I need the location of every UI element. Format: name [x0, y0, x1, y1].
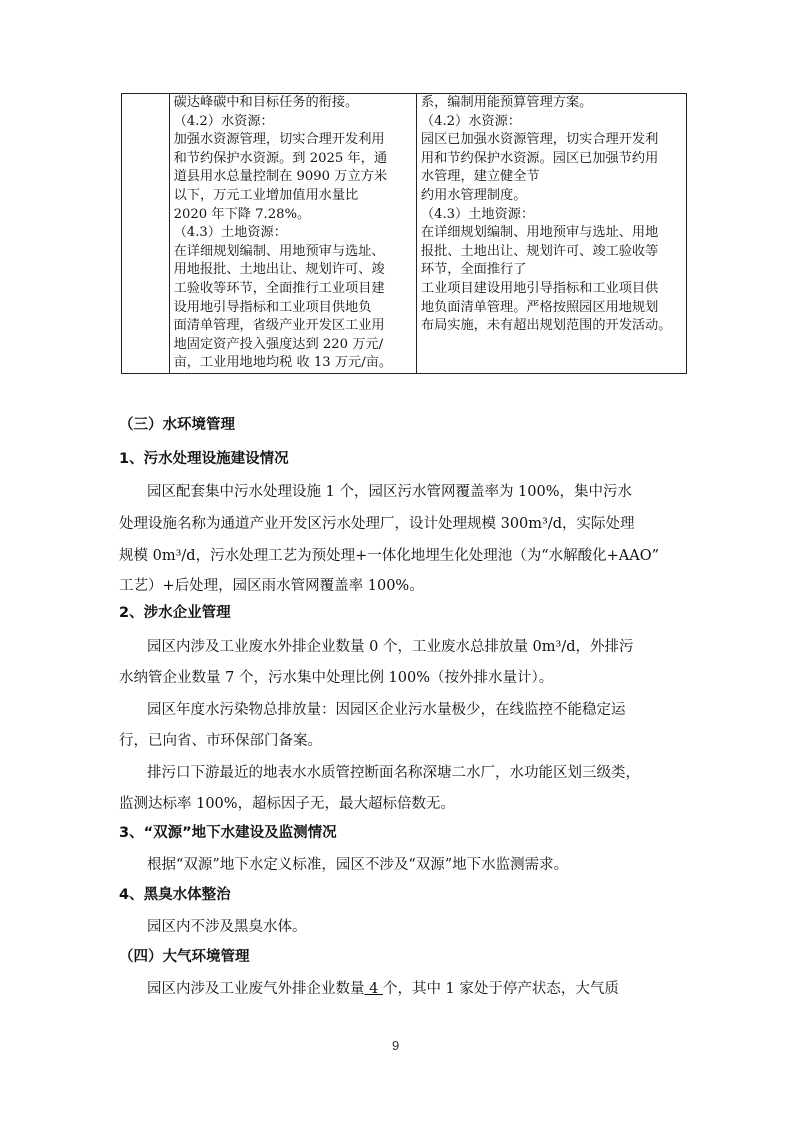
comparison-table: 碳达峰碳中和目标任务的衔接。 （4.2）水资源： 加强水资源管理，切实合理开发利…: [121, 93, 687, 374]
subsection-heading-water-enterprises: 2、涉水企业管理: [119, 603, 231, 623]
table-cell-status: 系，编制用能预算管理方案。 （4.2）水资源： 园区已加强水资源管理，切实合理开…: [416, 94, 686, 374]
document-page: 碳达峰碳中和目标任务的衔接。 （4.2）水资源： 加强水资源管理，切实合理开发利…: [0, 0, 793, 1122]
subsection-heading-sewage: 1、污水处理设施建设情况: [119, 449, 289, 469]
cell-line: 环节，全面推行了: [421, 261, 682, 280]
paragraph-line: 规模 0m³/d，污水处理工艺为预处理+一体化地埋生化处理池（为“水解酸化+AA…: [119, 546, 659, 566]
text-segment: 园区内涉及工业废气外排企业数量: [147, 981, 365, 997]
paragraph-line: 园区配套集中污水处理设施 1 个，园区污水管网覆盖率为 100%，集中污水: [147, 482, 632, 502]
section-heading-air: （四）大气环境管理: [119, 947, 250, 967]
section-heading-water: （三）水环境管理: [119, 415, 235, 435]
cell-line: 亩，工业用地地均税 收 13 万元/亩。: [174, 354, 412, 373]
cell-line: 工验收等环节，全面推行工业项目建: [174, 280, 412, 299]
cell-line: 加强水资源管理，切实合理开发利用: [174, 131, 412, 150]
cell-line: 设用地引导指标和工业项目供地负: [174, 299, 412, 318]
cell-line: 约用水管理制度。: [421, 187, 682, 206]
paragraph-line: 园区内不涉及黑臭水体。: [147, 917, 307, 937]
paragraph-line: 监测达标率 100%，超标因子无，最大超标倍数无。: [119, 794, 455, 814]
cell-line: 水管理，建立健全节: [421, 168, 682, 187]
cell-line: 系，编制用能预算管理方案。: [421, 94, 682, 113]
cell-line: 碳达峰碳中和目标任务的衔接。: [174, 94, 412, 113]
subsection-heading-black-water: 4、黑臭水体整治: [119, 885, 231, 905]
paragraph-line: 行，已向省、市环保部门备案。: [119, 731, 322, 751]
cell-line: 以下，万元工业增加值用水量比: [174, 187, 412, 206]
cell-line: 用地报批、土地出让、规划许可、竣: [174, 261, 412, 280]
paragraph-line: 根据“双源”地下水定义标准，园区不涉及“双源”地下水监测需求。: [147, 855, 568, 875]
cell-line: 园区已加强水资源管理，切实合理开发利: [421, 131, 682, 150]
paragraph-line: 园区内涉及工业废水外排企业数量 0 个，工业废水总排放量 0m³/d，外排污: [147, 637, 634, 657]
cell-line: 地固定资产投入强度达到 220 万元/: [174, 336, 412, 355]
paragraph-line: 水纳管企业数量 7 个，污水集中处理比例 100%（按外排水量计）。: [119, 668, 553, 688]
cell-line: 面清单管理，省级产业开发区工业用: [174, 317, 412, 336]
cell-line: （4.2）水资源：: [421, 113, 682, 132]
paragraph-line: 工艺）+后处理，园区雨水管网覆盖率 100%。: [119, 576, 424, 596]
cell-line: （4.2）水资源：: [174, 113, 412, 132]
cell-line: 报批、土地出让、规划许可、竣工验收等: [421, 243, 682, 262]
cell-line: （4.3）土地资源：: [174, 224, 412, 243]
cell-line: 在详细规划编制、用地预审与选址、用地: [421, 224, 682, 243]
paragraph-line: 排污口下游最近的地表水水质管控断面名称深塘二水厂，水功能区划三级类，: [147, 763, 640, 783]
table-row: 碳达峰碳中和目标任务的衔接。 （4.2）水资源： 加强水资源管理，切实合理开发利…: [122, 94, 687, 374]
paragraph-line: 园区年度水污染物总排放量：因园区企业污水量极少，在线监控不能稳定运: [147, 700, 626, 720]
cell-line: 2020 年下降 7.28%。: [174, 206, 412, 225]
page-number: 9: [392, 1038, 399, 1053]
cell-line: 用和节约保护水资源。园区已加强节约用: [421, 150, 682, 169]
cell-line: 道县用水总量控制在 9090 万立方米: [174, 168, 412, 187]
text-segment: 个，其中 1 家处于停产状态，大气质: [383, 981, 619, 997]
cell-line: 在详细规划编制、用地预审与选址、: [174, 243, 412, 262]
cell-line: 和节约保护水资源。到 2025 年，通: [174, 150, 412, 169]
table-cell-requirement: 碳达峰碳中和目标任务的衔接。 （4.2）水资源： 加强水资源管理，切实合理开发利…: [169, 94, 416, 374]
cell-line: 布局实施，未有超出规划范围的开发活动。: [421, 317, 682, 336]
cell-line: （4.3）土地资源：: [421, 206, 682, 225]
cell-line: 工业项目建设用地引导指标和工业项目供: [421, 280, 682, 299]
paragraph-line: 园区内涉及工业废气外排企业数量 4 个，其中 1 家处于停产状态，大气质: [147, 979, 619, 999]
paragraph-line: 处理设施名称为通道产业开发区污水处理厂，设计处理规模 300m³/d，实际处理: [119, 514, 635, 534]
subsection-heading-groundwater: 3、“双源”地下水建设及监测情况: [119, 823, 337, 843]
cell-line: 地负面清单管理。严格按照园区用地规划: [421, 299, 682, 318]
underlined-count: 4: [365, 981, 383, 997]
table-cell-label: [122, 94, 170, 374]
